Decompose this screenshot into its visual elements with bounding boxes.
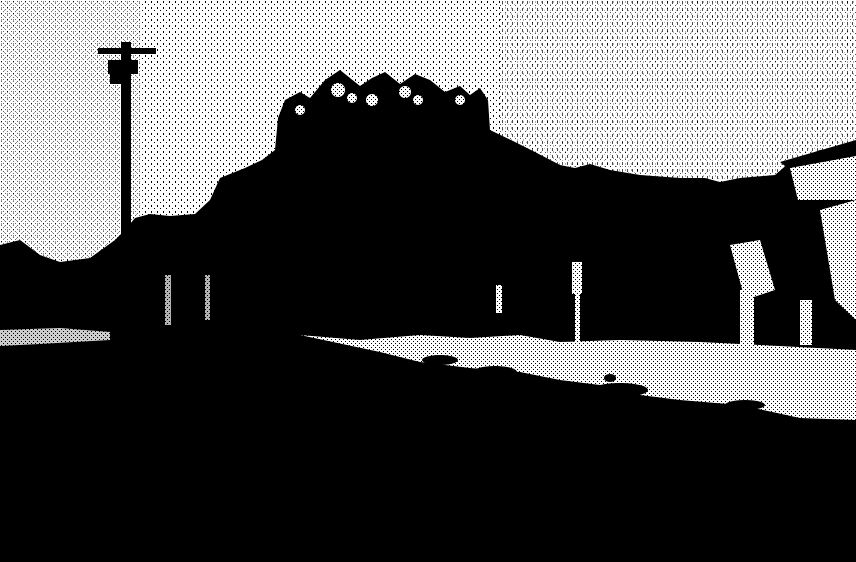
halftone-photo: High-contrast halftone black-and-white p… bbox=[0, 0, 856, 562]
